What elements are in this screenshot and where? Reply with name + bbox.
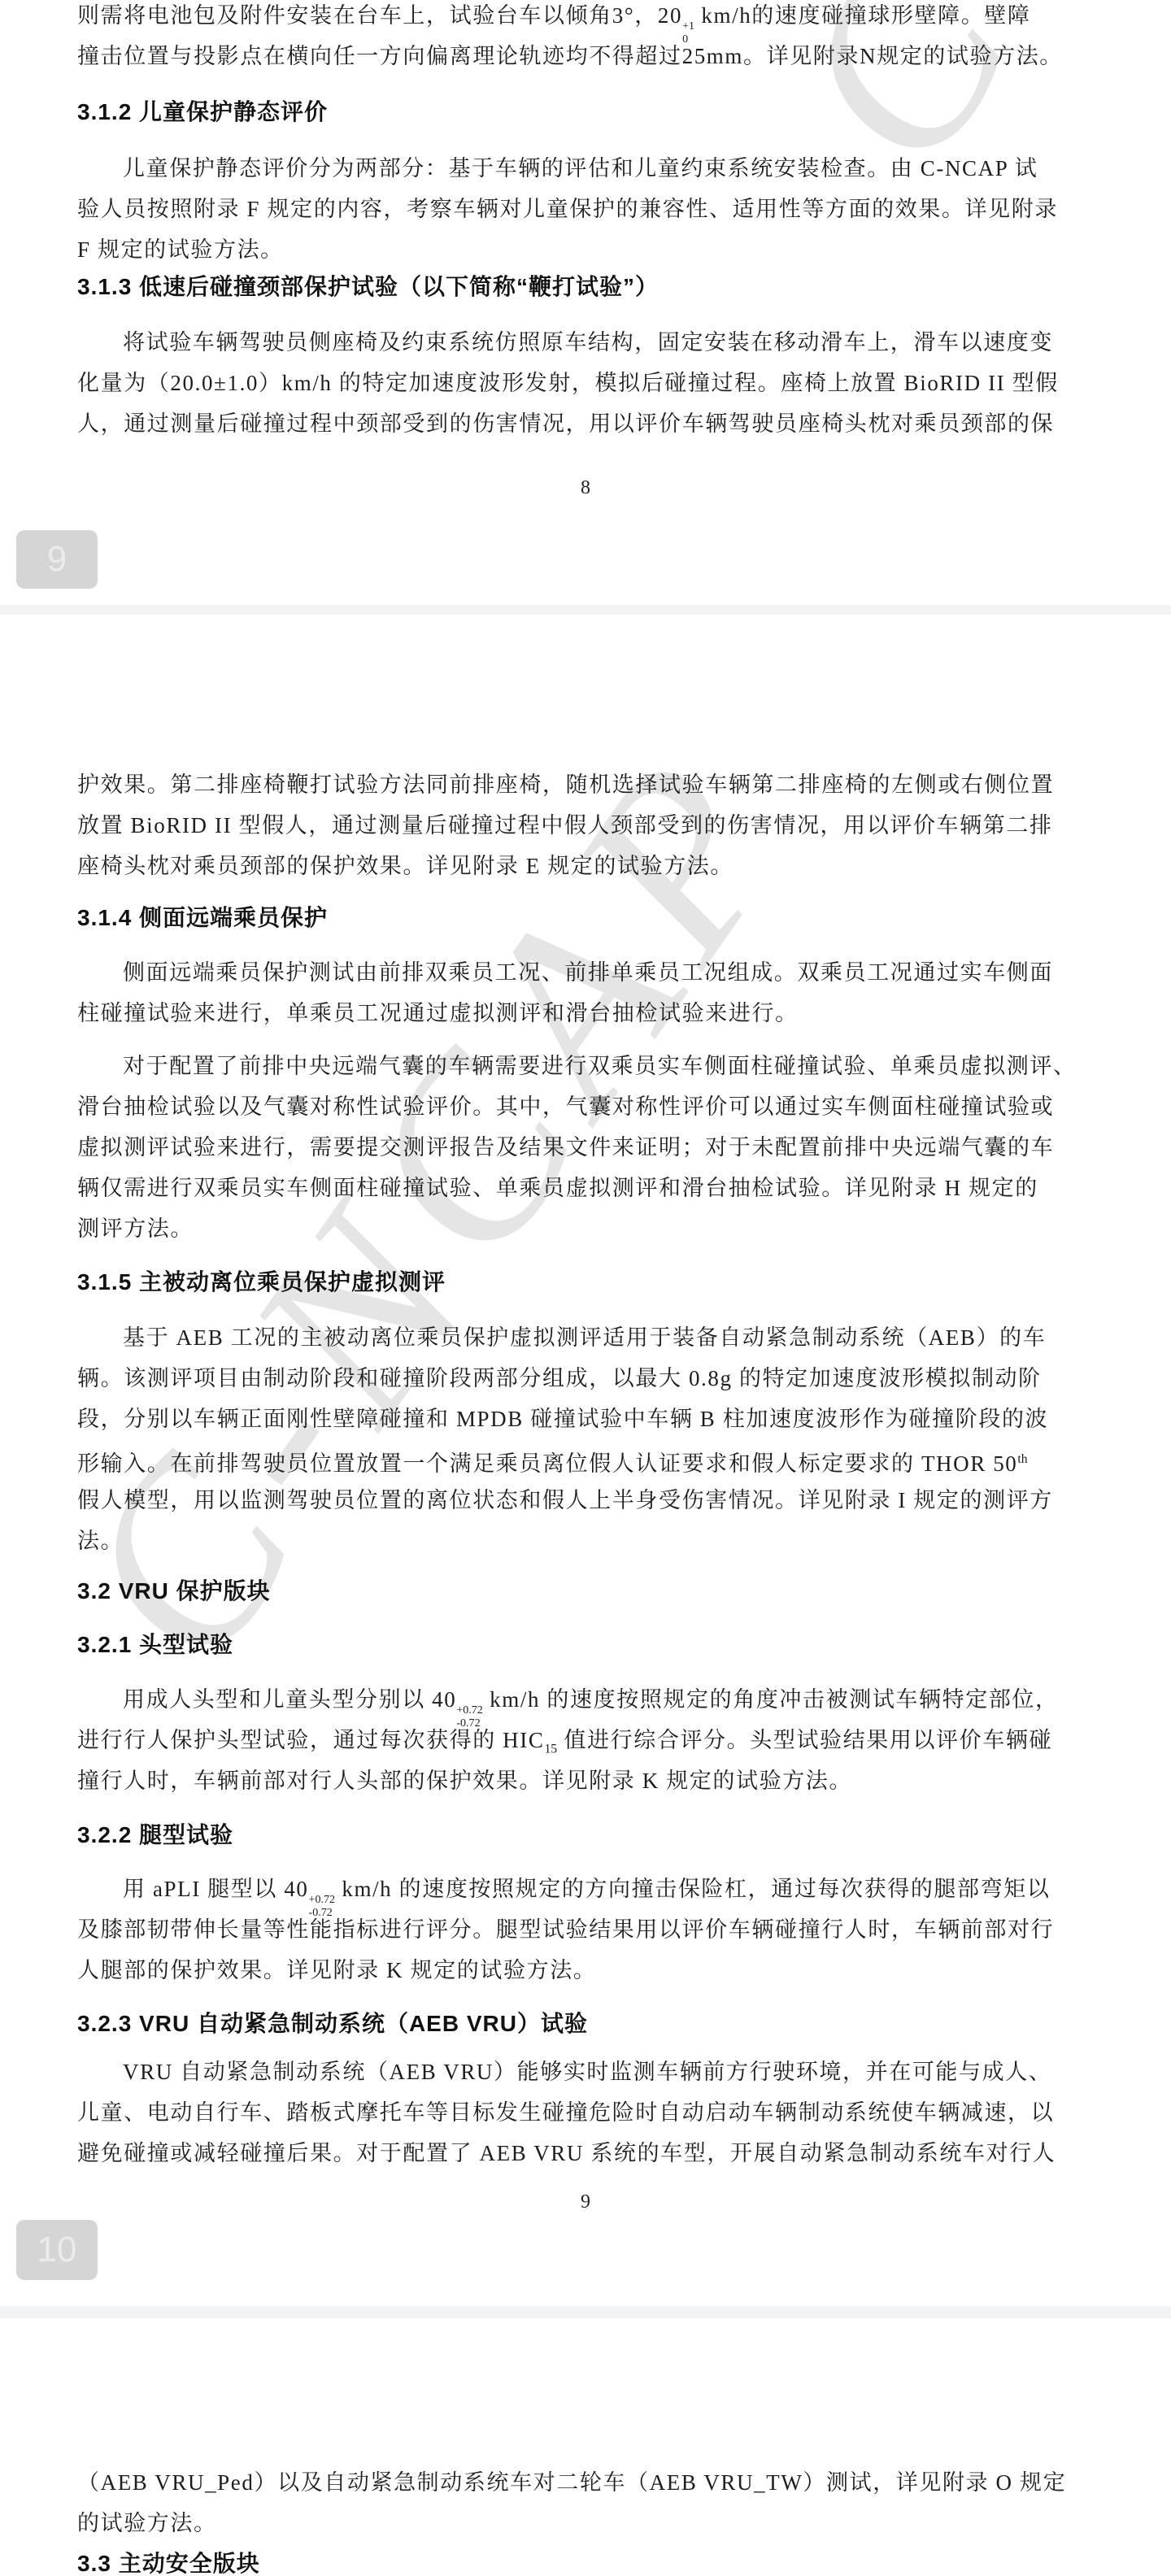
body-line: 法。 (77, 1521, 1122, 1561)
section-heading-3-2: 3.2 VRU 保护版块 (77, 1573, 1122, 1610)
page-8-content: 则需将电池包及附件安装在台车上，试验台车以倾角3°，20+10 km/h的速度碰… (0, 0, 1171, 605)
document-scroll-area[interactable]: C-NCAP 则需将电池包及附件安装在台车上，试验台车以倾角3°，20+10 k… (0, 0, 1171, 2576)
body-line: 避免碰撞或减轻碰撞后果。对于配置了 AEB VRU 系统的车型，开展自动紧急制动… (77, 2133, 1122, 2173)
body-line: 及膝部韧带伸长量等性能指标进行评分。腿型试验结果用以评价车辆碰撞行人时，车辆前部… (77, 1909, 1122, 1950)
body-line: 柱碰撞试验来进行，单乘员工况通过虚拟测评和滑台抽检试验来进行。 (77, 993, 1122, 1033)
page-9: C-NCAP 护效果。第二排座椅鞭打试验方法同前排座椅，随机选择试验车辆第二排座… (0, 615, 1171, 2306)
paragraph-aeb-vru: VRU 自动紧急制动系统（AEB VRU）能够实时监测车辆前方行驶环境，并在可能… (77, 2052, 1122, 2173)
body-line: 人，通过测量后碰撞过程中颈部受到的伤害情况，用以评价车辆驾驶员座椅头枕对乘员颈部… (77, 403, 1122, 444)
page-number-9: 9 (0, 2182, 1171, 2222)
body-line: 滑台抽检试验以及气囊对称性试验评价。其中，气囊对称性评价可以通过实车侧面柱碰撞试… (77, 1086, 1122, 1127)
paragraph-battery-test: 则需将电池包及附件安装在台车上，试验台车以倾角3°，20+10 km/h的速度碰… (77, 0, 1122, 76)
page-separator (0, 605, 1171, 615)
paragraph-whiplash-test: 将试验车辆驾驶员侧座椅及约束系统仿照原车结构，固定安装在移动滑车上，滑车以速度变… (77, 322, 1122, 444)
page-8: C-NCAP 则需将电池包及附件安装在台车上，试验台车以倾角3°，20+10 k… (0, 0, 1171, 605)
body-line: 座椅头枕对乘员颈部的保护效果。详见附录 E 规定的试验方法。 (77, 846, 1122, 886)
paragraph-farside-2: 对于配置了前排中央远端气囊的车辆需要进行双乘员实车侧面柱碰撞试验、单乘员虚拟测评… (77, 1046, 1122, 1249)
page-10-content: （AEB VRU_Ped）以及自动紧急制动系统车对二轮车（AEB VRU_TW）… (0, 2318, 1171, 2576)
body-line: 则需将电池包及附件安装在台车上，试验台车以倾角3°，20+10 km/h的速度碰… (77, 0, 1122, 36)
body-line: 辆仅需进行双乘员实车侧面柱碰撞试验、单乘员虚拟测评和滑台抽检试验。详见附录 H … (77, 1168, 1122, 1208)
body-line: （AEB VRU_Ped）以及自动紧急制动系统车对二轮车（AEB VRU_TW）… (77, 2462, 1122, 2503)
page-separator (0, 2306, 1171, 2318)
body-line: 儿童保护静态评价分为两部分：基于车辆的评估和儿童约束系统安装检查。由 C-NCA… (77, 148, 1122, 189)
body-line: 基于 AEB 工况的主被动离位乘员保护虚拟测评适用于装备自动紧急制动系统（AEB… (77, 1317, 1122, 1358)
body-line: 对于配置了前排中央远端气囊的车辆需要进行双乘员实车侧面柱碰撞试验、单乘员虚拟测评… (77, 1046, 1122, 1086)
body-line: 护效果。第二排座椅鞭打试验方法同前排座椅，随机选择试验车辆第二排座椅的左侧或右侧… (77, 764, 1122, 805)
body-line: 侧面远端乘员保护测试由前排双乘员工况、前排单乘员工况组成。双乘员工况通过实车侧面 (77, 952, 1122, 993)
body-line: 儿童、电动自行车、踏板式摩托车等目标发生碰撞危险时自动启动车辆制动系统使车辆减速… (77, 2092, 1122, 2133)
body-line: 测评方法。 (77, 1208, 1122, 1249)
body-line: VRU 自动紧急制动系统（AEB VRU）能够实时监测车辆前方行驶环境，并在可能… (77, 2052, 1122, 2092)
body-line: 段，分别以车辆正面刚性壁障碰撞和 MPDB 碰撞试验中车辆 B 柱加速度波形作为… (77, 1399, 1122, 1439)
paragraph-aeb-vru-continued: （AEB VRU_Ped）以及自动紧急制动系统车对二轮车（AEB VRU_TW）… (77, 2462, 1122, 2543)
page-number-8: 8 (0, 468, 1171, 508)
paragraph-child-protection: 儿童保护静态评价分为两部分：基于车辆的评估和儿童约束系统安装检查。由 C-NCA… (77, 148, 1122, 270)
body-line: 撞行人时，车辆前部对行人头部的保护效果。详见附录 K 规定的试验方法。 (77, 1760, 1122, 1801)
body-line: 放置 BioRID II 型假人，通过测量后碰撞过程中假人颈部受到的伤害情况，用… (77, 805, 1122, 846)
body-line: 的试验方法。 (77, 2503, 1122, 2543)
body-line: F 规定的试验方法。 (77, 229, 1122, 270)
body-line: 将试验车辆驾驶员侧座椅及约束系统仿照原车结构，固定安装在移动滑车上，滑车以速度变 (77, 322, 1122, 363)
page-10: （AEB VRU_Ped）以及自动紧急制动系统车对二轮车（AEB VRU_TW）… (0, 2318, 1171, 2576)
section-heading-3-3: 3.3 主动安全版块 (77, 2545, 1122, 2576)
body-line: 用 aPLI 腿型以 40+0.72-0.72 km/h 的速度按照规定的方向撞… (77, 1869, 1122, 1909)
section-heading-3-1-4: 3.1.4 侧面远端乘员保护 (77, 899, 1122, 937)
body-line: 假人模型，用以监测驾驶员位置的离位状态和假人上半身受伤害情况。详见附录 I 规定… (77, 1480, 1122, 1521)
paragraph-out-of-position: 基于 AEB 工况的主被动离位乘员保护虚拟测评适用于装备自动紧急制动系统（AEB… (77, 1317, 1122, 1561)
body-line: 虚拟测评试验来进行，需要提交测评报告及结果文件来证明；对于未配置前排中央远端气囊… (77, 1127, 1122, 1168)
section-heading-3-1-2: 3.1.2 儿童保护静态评价 (77, 94, 1122, 131)
body-line: 验人员按照附录 F 规定的内容，考察车辆对儿童保护的兼容性、适用性等方面的效果。… (77, 189, 1122, 229)
paragraph-farside-1: 侧面远端乘员保护测试由前排双乘员工况、前排单乘员工况组成。双乘员工况通过实车侧面… (77, 952, 1122, 1033)
page-9-content: 护效果。第二排座椅鞭打试验方法同前排座椅，随机选择试验车辆第二排座椅的左侧或右侧… (0, 615, 1171, 2306)
body-line: 用成人头型和儿童头型分别以 40+0.72-0.72 km/h 的速度按照规定的… (77, 1679, 1122, 1720)
paragraph-headform-test: 用成人头型和儿童头型分别以 40+0.72-0.72 km/h 的速度按照规定的… (77, 1679, 1122, 1801)
section-heading-3-2-2: 3.2.2 腿型试验 (77, 1817, 1122, 1854)
body-line: 辆。该测评项目由制动阶段和碰撞阶段两部分组成，以最大 0.8g 的特定加速度波形… (77, 1358, 1122, 1399)
body-line: 进行行人保护头型试验，通过每次获得的 HIC15 值进行综合评分。头型试验结果用… (77, 1720, 1122, 1760)
paragraph-legform-test: 用 aPLI 腿型以 40+0.72-0.72 km/h 的速度按照规定的方向撞… (77, 1869, 1122, 1991)
section-heading-3-1-5: 3.1.5 主被动离位乘员保护虚拟测评 (77, 1264, 1122, 1301)
body-line: 人腿部的保护效果。详见附录 K 规定的试验方法。 (77, 1950, 1122, 1991)
section-heading-3-1-3: 3.1.3 低速后碰撞颈部保护试验（以下简称“鞭打试验”） (77, 268, 1122, 306)
paragraph-whiplash-continued: 护效果。第二排座椅鞭打试验方法同前排座椅，随机选择试验车辆第二排座椅的左侧或右侧… (77, 764, 1122, 886)
body-line: 化量为（20.0±1.0）km/h 的特定加速度波形发射，模拟后碰撞过程。座椅上… (77, 363, 1122, 403)
section-heading-3-2-3: 3.2.3 VRU 自动紧急制动系统（AEB VRU）试验 (77, 2005, 1122, 2043)
body-line: 形输入。在前排驾驶员位置放置一个满足乘员离位假人认证要求和假人标定要求的 THO… (77, 1439, 1122, 1480)
body-line: 撞击位置与投影点在横向任一方向偏离理论轨迹均不得超过25mm。详见附录N规定的试… (77, 36, 1122, 76)
section-heading-3-2-1: 3.2.1 头型试验 (77, 1626, 1122, 1664)
